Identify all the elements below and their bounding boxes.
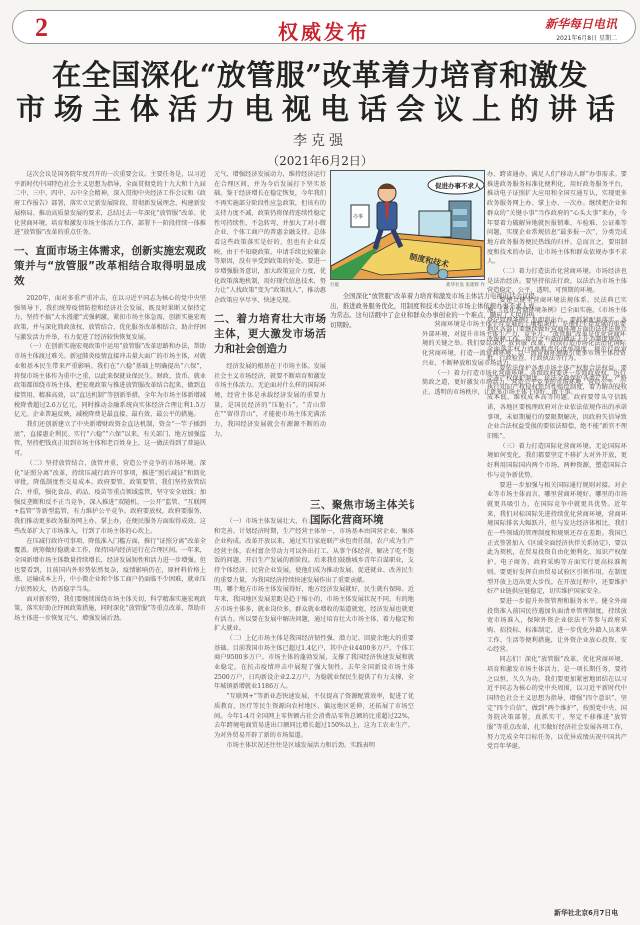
dateline-signoff: 新华社北京6月7日电: [554, 907, 618, 917]
author: 李克强: [0, 130, 640, 150]
body-paragraph: （二）坚持放管结合、放管并重，营造公平竞争的市场环境。深化“证照分离”改革，持续…: [14, 459, 206, 537]
body-paragraph: 经济发展的根基在于市场主体。发展社会主义市场经济，就要不断培育和激发市场主体活力…: [214, 362, 326, 440]
section-1-heading: 一、直面市场主体需求，创新实施宏观政策并与“放管服”改革相结合取得明显成效: [14, 244, 206, 289]
body-paragraph: 在压减行政许可事项、降低准入门槛方面，推行“证照分离”改革全覆盖。统筹做好稳就业…: [14, 537, 206, 595]
body-paragraph: 要进一步提升外资管理和服务水平。健全外商投资准入前国民待遇加负面清单管理制度，持…: [487, 597, 627, 655]
page-header-band: 2 权威发布 新华每日电讯 2021年6月8日 星期二: [12, 10, 636, 44]
body-paragraph: 我们还创新建立了中央新增财政资金直达机制，资金“一竿子插到底”，直接惠企利民。实…: [14, 420, 206, 459]
speech-date: （2021年6月2日）: [0, 152, 640, 169]
body-paragraph: 要依法保护各类市场主体产权和合法权益。要完善产权保护制度，依法全面保护各类产权，…: [487, 364, 627, 442]
cartoon-drawing-icon: 制度和技术 办事 促进办事不求人: [331, 171, 485, 280]
section-2-heading: 二、着力培育壮大市场主体，更大激发市场活力和社会创造力: [214, 312, 326, 357]
section-3-heading: 三、聚焦市场主体关切，持续打造市场化法治化国际化营商环境: [310, 498, 414, 528]
body-paragraph: 办、跨省通办，满足人们“移动人群”办事需求。要推进政务服务标准化便利化，用好政务…: [487, 170, 627, 267]
section-title: 权威发布: [13, 16, 635, 45]
body-paragraph: 同志们！深化“放管服”改革、优化营商环境、培育和激发市场主体活力，是一项长期任务…: [487, 655, 627, 752]
intro-paragraph: 这次会议是国务院年度召开的一次重要会议。主要任务是，以习近平新时代中国特色社会主…: [14, 170, 206, 238]
body-paragraph: （三）着力打造国际化营商环境。无论国际环境如何变化，我们都要坚定不移扩大对外开放…: [487, 442, 627, 481]
masthead: 新华每日电讯 2021年6月8日 星期二: [545, 15, 617, 42]
figure-credit: 打破 新华社发 张建辉 作: [330, 282, 485, 288]
sign-text: 促进办事不求人: [434, 181, 481, 190]
paper-text: 办事: [353, 213, 363, 220]
body-paragraph: （一）在创新实施宏观政策中运用“放管服”改革思路和办法，帮助市场主体渡过难关。新…: [14, 342, 206, 420]
body-paragraph: 2020年，面对多重严重冲击，在以习近平同志为核心的党中央坚强领导下，我们统筹疫…: [14, 294, 206, 343]
body-paragraph: 要进一步加强与相关国际通行规则对接。对企业等市场主体而言，哪里营商环境好，哪里的…: [487, 481, 627, 597]
masthead-date: 2021年6月8日 星期二: [545, 33, 617, 42]
newspaper-page: 2 权威发布 新华每日电讯 2021年6月8日 星期二 在全国深化“放管服”改革…: [0, 0, 640, 925]
headline-line-1: 在全国深化“放管服”改革着力培育和激发: [0, 58, 640, 92]
body-paragraph: 面对新形势，我们要继续围绕市场主体关切，科学精准实施宏观政策，落实好助企纾困政策…: [14, 595, 206, 624]
headline-line-2: 市场主体活力电视电话会议上的讲话: [0, 92, 640, 126]
article-headline-block: 在全国深化“放管服”改革着力培育和激发 市场主体活力电视电话会议上的讲话 李克强…: [0, 58, 640, 169]
cartoon-illustration: 制度和技术 办事 促进办事不求人: [330, 170, 485, 280]
body-paragraph: 市场主体状况还往往是区域发展活力和后劲。实践表明: [214, 741, 414, 751]
credit-left: 打破: [330, 282, 339, 288]
text-column-1: 这次会议是国务院年度召开的一次重要会议。主要任务是，以习近平新时代中国特色社会主…: [14, 170, 206, 918]
body-paragraph: （二）上亿市场主体是我国经济韧性强、潜力足、回旋余地大的重要基础。目前我国市场主…: [214, 634, 414, 692]
text-column-4: 办、跨省通办，满足人们“移动人群”办事需求。要推进政务服务标准化便利化，用好政务…: [487, 170, 627, 910]
body-paragraph: “互联网+”等新业态快速发展，不仅提高了资源配置效率，促进了优质教育、医疗等民生…: [214, 692, 414, 741]
masthead-name: 新华每日电讯: [545, 15, 617, 32]
body-paragraph: 元气、增强经济发展动力，维持经济运行在合理区间，并为今后发展打下坚实基础。鉴于经…: [214, 170, 326, 306]
body-paragraph: 明，哪个地方市场主体发展得好，地方经济发展就好，民生就有保障。近年来，我国地区发…: [214, 585, 414, 634]
figure-caption: 全国深化“放管服”改革着力培育和激发市场主体活力电视电话会议提出，推进政务服务优…: [330, 292, 540, 330]
credit-right: 新华社发 张建辉 作: [446, 282, 485, 288]
